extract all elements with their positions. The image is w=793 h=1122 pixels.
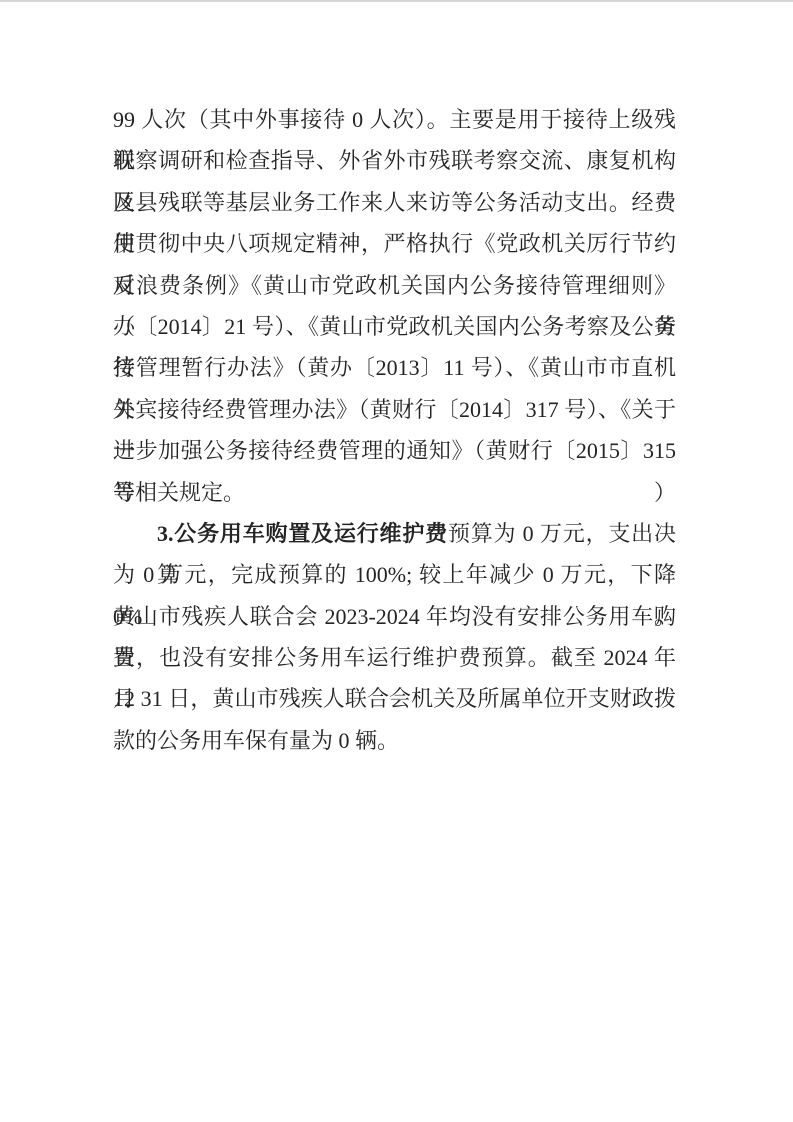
text-line: 月 31 日，黄山市残疾人联合会机关及所属单位开支财政拨 <box>113 678 676 719</box>
text-line: 对浪费条例》《黄山市党政机关国内公务接待管理细则》（黄 <box>113 265 676 306</box>
text-line: 区县残联等基层业务工作来人来访等公务活动支出。经费使 <box>113 182 676 223</box>
text-line: 99 人次（其中外事接待 0 人次）。主要是用于接待上级残联 <box>113 99 676 140</box>
text-line: 3.公务用车购置及运行维护费预算为 0 万元，支出决算 <box>113 513 676 554</box>
text-line: 款的公务用车保有量为 0 辆。 <box>113 720 676 761</box>
text-line: 为 0 万元，完成预算的 100%; 较上年减少 0 万元，下降 0%。 <box>113 554 676 595</box>
text-line: 一步加强公务接待经费管理的通知》（黄财行〔2015〕315 号） <box>113 430 676 471</box>
text-segment: 款的公务用车保有量为 0 辆。 <box>113 728 399 753</box>
text-segment: 月 31 日，黄山市残疾人联合会机关及所属单位开支财政拨 <box>113 686 676 711</box>
text-line: 黄山市残疾人联合会 2023-2024 年均没有安排公务用车购置 <box>113 596 676 637</box>
text-segment: 等相关规定。 <box>113 480 245 505</box>
scan-edge-line <box>0 0 793 2</box>
text-line: 用贯彻中央八项规定精神，严格执行《党政机关厉行节约反 <box>113 223 676 264</box>
document-body: 99 人次（其中外事接待 0 人次）。主要是用于接待上级残联视察调研和检查指导、… <box>113 99 676 761</box>
document-page: 99 人次（其中外事接待 0 人次）。主要是用于接待上级残联视察调研和检查指导、… <box>0 0 793 1122</box>
text-line: 办〔2014〕21 号）、《黄山市党政机关国内公务考察及公务接 <box>113 306 676 347</box>
bold-text-segment: 3.公务用车购置及运行维护费 <box>157 521 448 546</box>
text-line: 外宾接待经费管理办法》（黄财行〔2014〕317 号）、《关于进 <box>113 389 676 430</box>
text-line: 视察调研和检查指导、外省外市残联考察交流、康复机构及 <box>113 140 676 181</box>
text-line: 费，也没有安排公务用车运行维护费预算。截至 2024 年 12 <box>113 637 676 678</box>
text-line: 待管理暂行办法》（黄办〔2013〕11 号）、《黄山市市直机关 <box>113 347 676 388</box>
